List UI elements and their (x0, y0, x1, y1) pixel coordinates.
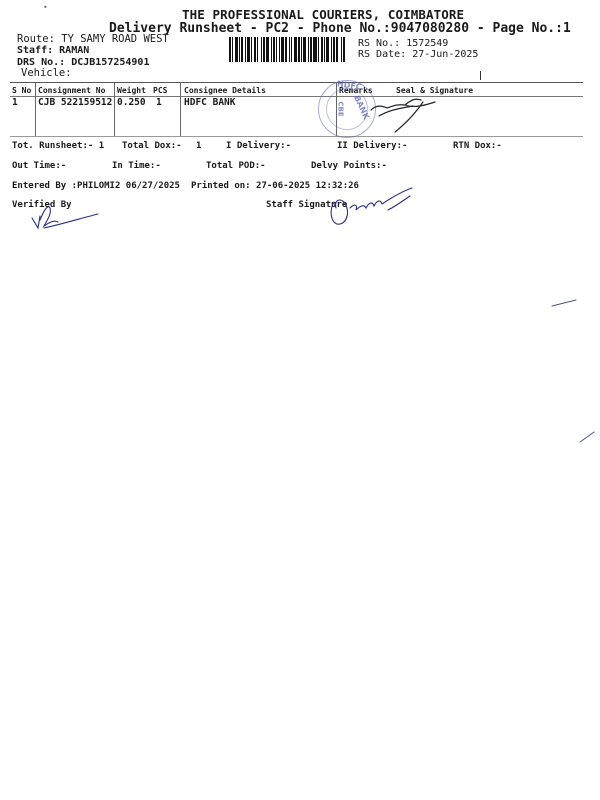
pen-tick-mark (480, 71, 481, 80)
recipient-signature (365, 96, 445, 136)
table-top-border (10, 82, 583, 83)
out-time: Out Time:- (12, 161, 66, 171)
i-delivery: I Delivery:- (226, 141, 291, 151)
vehicle-line: Vehicle: (21, 67, 72, 79)
route-line: Route: TY SAMY ROAD WEST (17, 33, 169, 45)
drs-value: DCJB157254901 (71, 57, 149, 68)
verifier-signature (26, 198, 106, 234)
total-dox-label: Total Dox:- (122, 141, 182, 151)
staff-signature (326, 186, 416, 230)
staff-label: Staff: (17, 45, 53, 56)
col-divider (114, 82, 115, 136)
rs-date: RS Date: 27-Jun-2025 (358, 49, 478, 60)
ii-delivery: II Delivery:- (337, 141, 407, 151)
col-header-seal-signature: Seal & Signature (396, 86, 473, 95)
cell-consignee: HDFC BANK (184, 97, 235, 108)
rs-date-label: RS Date: (358, 49, 406, 60)
vehicle-label: Vehicle: (21, 67, 72, 79)
col-header-weight: Weight (117, 86, 146, 95)
col-header-sno: S No (12, 86, 31, 95)
route-label: Route: (17, 33, 55, 45)
barcode (229, 37, 349, 62)
cell-pcs: 1 (156, 97, 162, 108)
cell-weight: 0.250 (117, 97, 146, 108)
tot-runsheet: Tot. Runsheet:- 1 (12, 141, 104, 151)
cell-sno: 1 (12, 97, 18, 108)
entered-by: Entered By :PHILOMI2 06/27/2025 (12, 181, 180, 191)
col-divider (35, 82, 36, 136)
staff-line: Staff: RAMAN (17, 45, 89, 56)
col-header-consignment-no: Consignment No (38, 86, 105, 95)
col-header-consignee-details: Consignee Details (184, 86, 266, 95)
staff-value: RAMAN (59, 45, 89, 56)
company-name: THE PROFESSIONAL COURIERS, COIMBATORE (182, 7, 464, 22)
rs-no-value: 1572549 (406, 38, 448, 49)
total-dox-value: 1 (196, 141, 201, 151)
stray-pen-mark (550, 298, 580, 308)
runsheet-title: Delivery Runsheet - PC2 - Phone No.:9047… (109, 21, 571, 36)
rs-date-value: 27-Jun-2025 (412, 49, 478, 60)
total-pod: Total POD:- (206, 161, 266, 171)
cell-consignment-no: CJB 522159512 (38, 97, 112, 108)
scan-speck: • (43, 3, 48, 12)
rs-number: RS No.: 1572549 (358, 38, 448, 49)
table-bottom-border (10, 136, 583, 137)
route-value: TY SAMY ROAD WEST (61, 33, 168, 45)
col-divider (180, 82, 181, 136)
col-header-pcs: PCS (153, 86, 167, 95)
delvy-points: Delvy Points:- (311, 161, 387, 171)
rs-no-label: RS No.: (358, 38, 400, 49)
rtn-dox: RTN Dox:- (453, 141, 502, 151)
stamp-text-inner: CBE (337, 101, 345, 116)
in-time: In Time:- (112, 161, 161, 171)
stray-pen-mark (578, 430, 598, 444)
